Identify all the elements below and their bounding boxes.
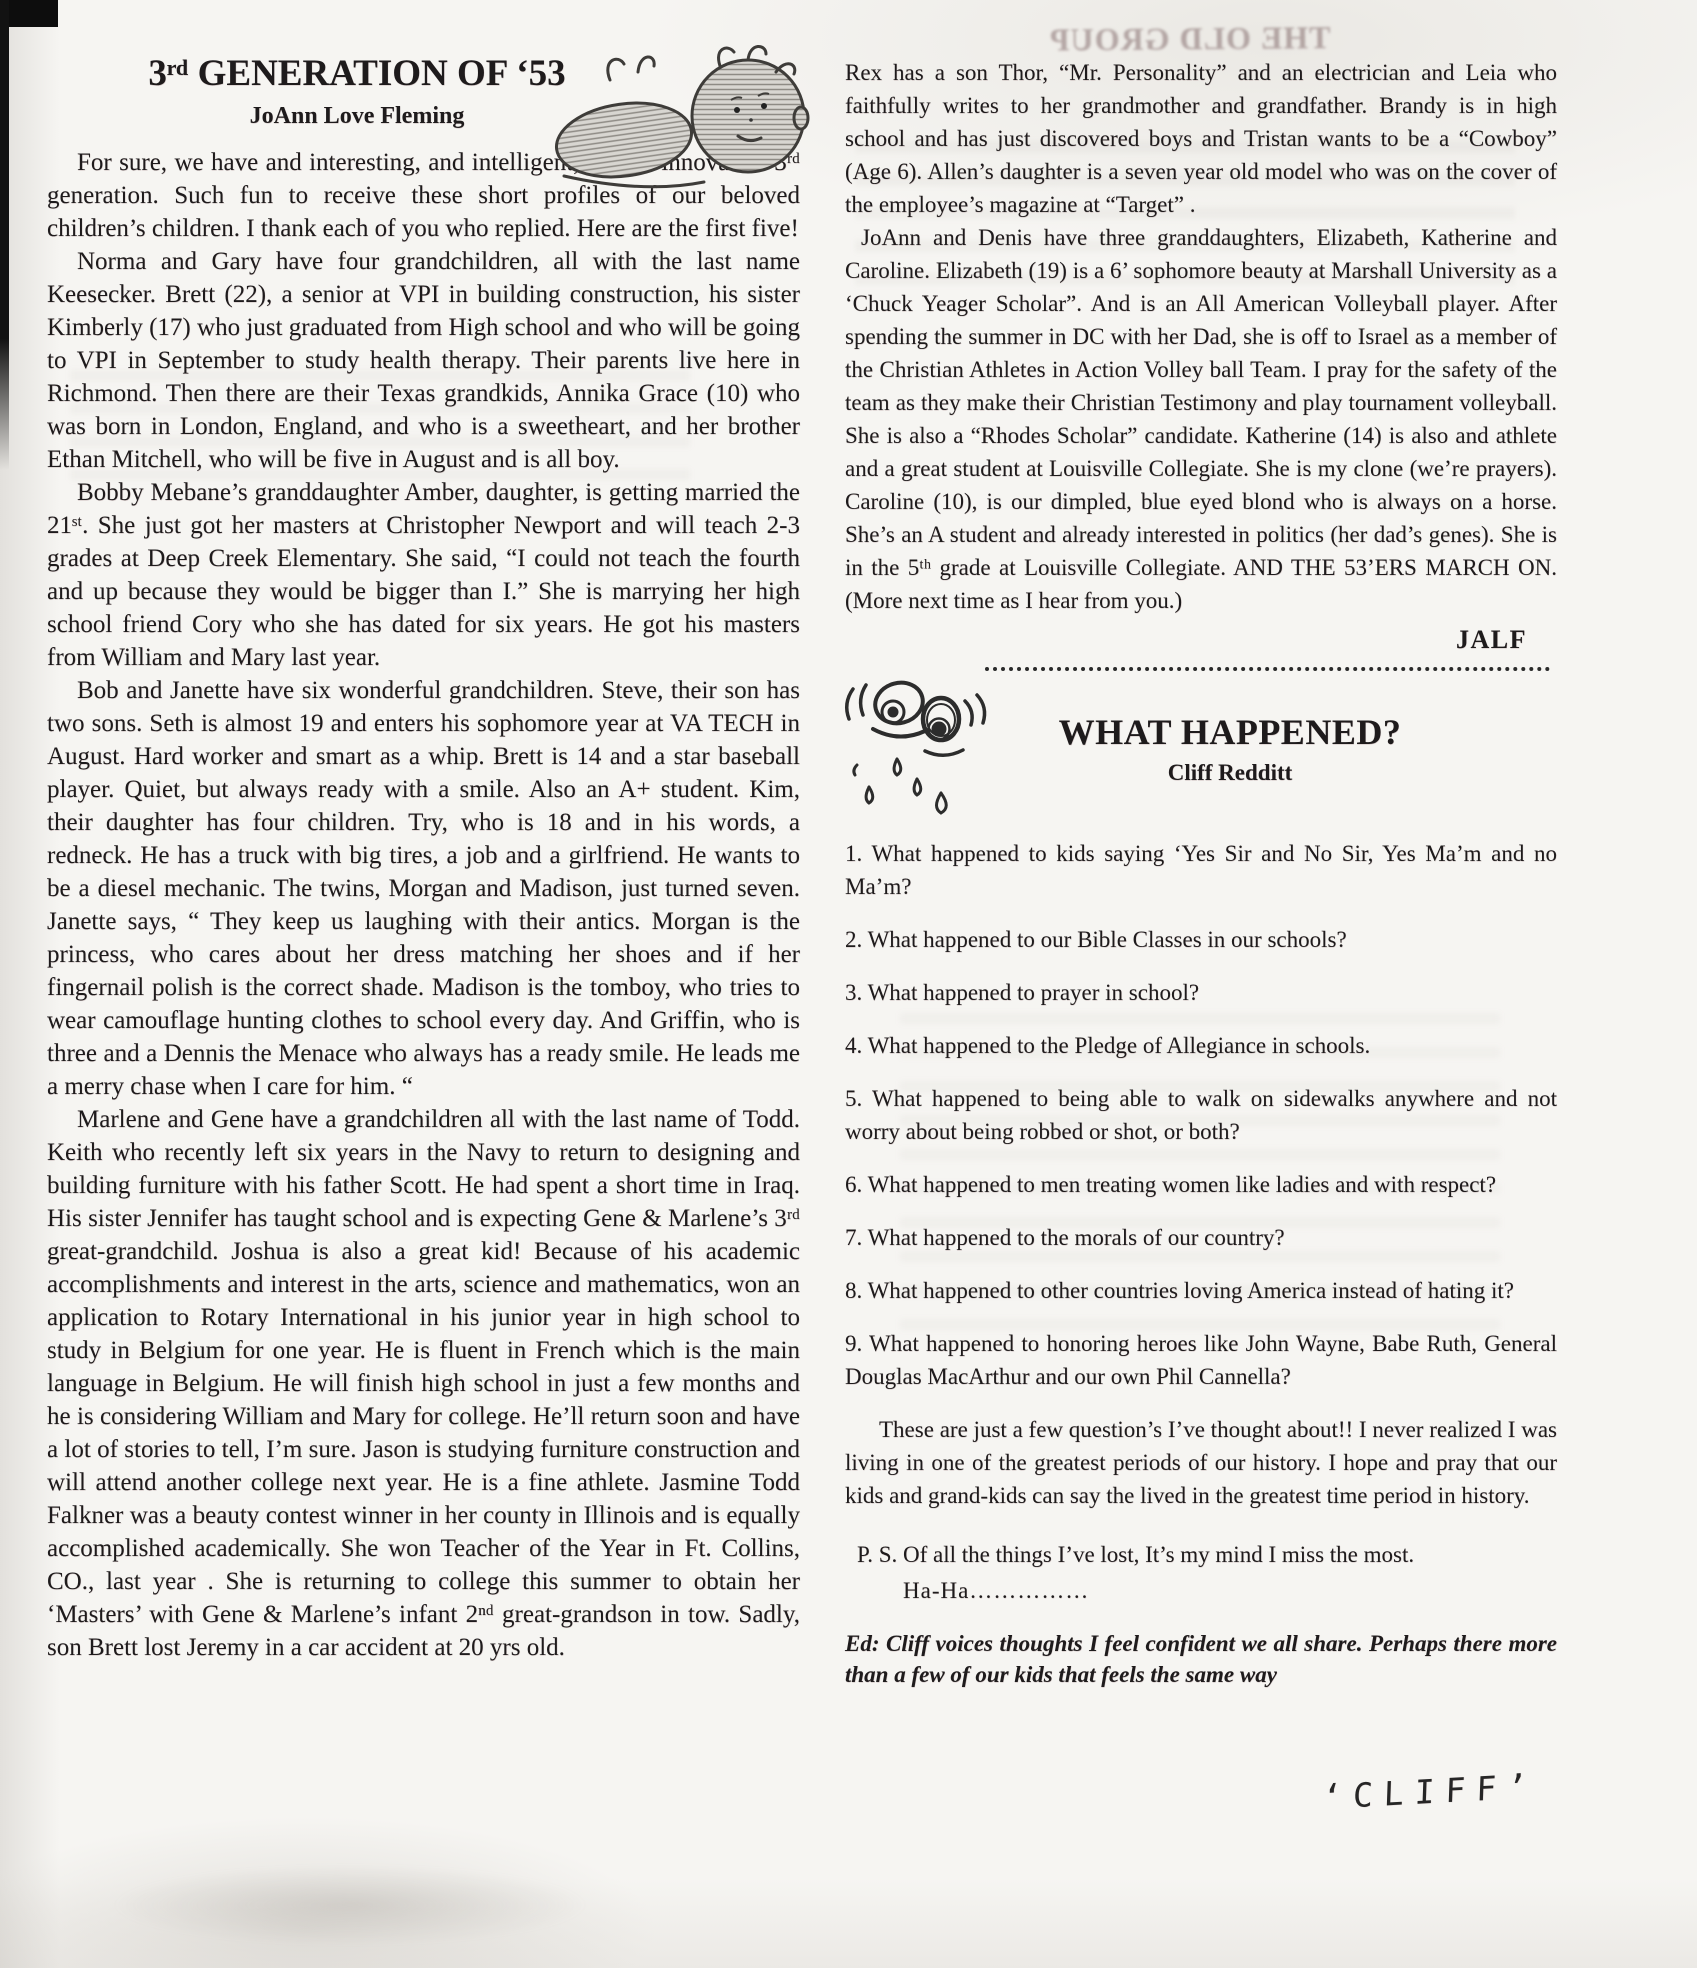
left-column: 3ʳᵈ GENERATION OF ‘53 JoAnn Love Fleming <box>47 52 800 1664</box>
article-header: 3ʳᵈ GENERATION OF ‘53 JoAnn Love Fleming <box>47 52 667 130</box>
question-item: 2. What happened to our Bible Classes in… <box>845 923 1557 956</box>
bleed-through-title: THE OLD GROUP <box>1015 18 1365 58</box>
scan-left-edge-artifact <box>0 0 9 470</box>
article-paragraph: Bobby Mebane’s granddaughter Amber, daug… <box>47 476 800 674</box>
crying-eyes-illustration <box>841 667 993 819</box>
handwritten-cliff-signature: ‘CLIFF’ <box>1321 1766 1538 1816</box>
right-column: Rex has a son Thor, “Mr. Personality” an… <box>845 56 1557 1690</box>
jalf-signature: JALF <box>845 625 1557 655</box>
newsletter-page-scan: THE OLD GROUP 3ʳᵈ GENERATION OF ‘53 JoAn… <box>0 0 1697 1968</box>
baby-face-illustration <box>552 42 814 194</box>
what-happened-section: WHAT HAPPENED? Cliff Redditt <box>845 673 1557 825</box>
haha-line: Ha-Ha…………… <box>845 1578 1557 1604</box>
question-item: 1. What happened to kids saying ‘Yes Sir… <box>845 837 1557 903</box>
question-item: 6. What happened to men treating women l… <box>845 1168 1557 1201</box>
closing-paragraph: These are just a few question’s I’ve tho… <box>845 1413 1557 1512</box>
continuation-paragraph: Rex has a son Thor, “Mr. Personality” an… <box>845 56 1557 221</box>
what-happened-byline: Cliff Redditt <box>995 760 1465 786</box>
question-item: 5. What happened to being able to walk o… <box>845 1082 1557 1148</box>
question-item: 4. What happened to the Pledge of Allegi… <box>845 1029 1557 1062</box>
article-paragraph: Norma and Gary have four grandchildren, … <box>47 245 800 476</box>
ps-line: P. S. Of all the things I’ve lost, It’s … <box>845 1542 1557 1568</box>
dotted-divider <box>985 667 1550 671</box>
question-item: 3. What happened to prayer in school? <box>845 976 1557 1009</box>
question-item: 9. What happened to honoring heroes like… <box>845 1327 1557 1393</box>
article-paragraph: Bob and Janette have six wonderful grand… <box>47 674 800 1103</box>
question-item: 7. What happened to the morals of our co… <box>845 1221 1557 1254</box>
scan-smudge <box>110 1865 590 1945</box>
editor-note: Ed: Cliff voices thoughts I feel confide… <box>845 1628 1557 1690</box>
what-happened-header: WHAT HAPPENED? Cliff Redditt <box>995 711 1465 786</box>
what-happened-title: WHAT HAPPENED? <box>995 711 1465 753</box>
question-item: 8. What happened to other countries lovi… <box>845 1274 1557 1307</box>
questions-list: 1. What happened to kids saying ‘Yes Sir… <box>845 837 1557 1393</box>
continuation-paragraph: JoAnn and Denis have three granddaughter… <box>845 221 1557 617</box>
article-paragraph: Marlene and Gene have a grandchildren al… <box>47 1103 800 1664</box>
